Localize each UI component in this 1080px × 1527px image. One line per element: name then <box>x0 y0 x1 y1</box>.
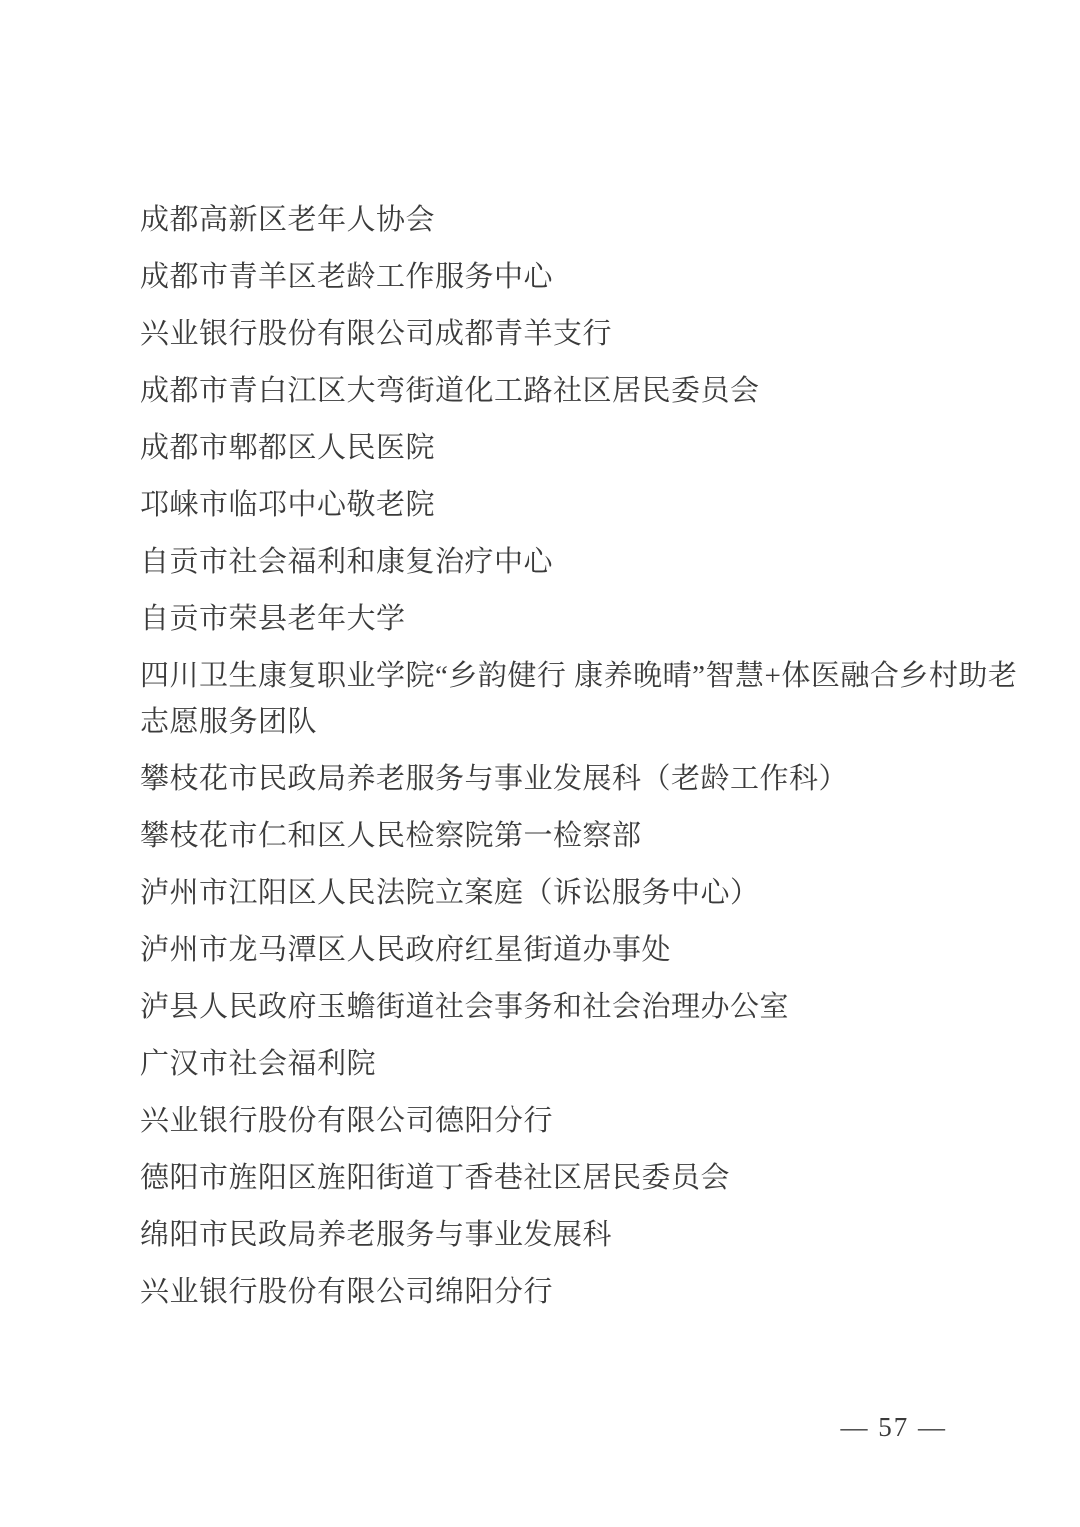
list-item: 成都高新区老年人协会 <box>140 197 1018 243</box>
list-item: 绵阳市民政局养老服务与事业发展科 <box>140 1212 1018 1258</box>
list-item: 成都市青白江区大弯街道化工路社区居民委员会 <box>140 368 1018 414</box>
list-item: 四川卫生康复职业学院“乡韵健行 康养晚晴”智慧+体医融合乡村助老志愿服务团队 <box>140 653 1018 745</box>
list-item: 兴业银行股份有限公司德阳分行 <box>140 1098 1018 1144</box>
list-item: 邛崃市临邛中心敬老院 <box>140 482 1018 528</box>
list-item: 泸州市龙马潭区人民政府红星街道办事处 <box>140 927 1018 973</box>
document-page: 成都高新区老年人协会成都市青羊区老龄工作服务中心兴业银行股份有限公司成都青羊支行… <box>0 0 1080 1527</box>
list-item: 成都市郫都区人民医院 <box>140 425 1018 471</box>
list-item: 成都市青羊区老龄工作服务中心 <box>140 254 1018 300</box>
list-item: 广汉市社会福利院 <box>140 1041 1018 1087</box>
list-item: 泸县人民政府玉蟾街道社会事务和社会治理办公室 <box>140 984 1018 1030</box>
list-item: 攀枝花市民政局养老服务与事业发展科（老龄工作科） <box>140 756 1018 802</box>
list-item: 泸州市江阳区人民法院立案庭（诉讼服务中心） <box>140 870 1018 916</box>
list-item: 兴业银行股份有限公司成都青羊支行 <box>140 311 1018 357</box>
list-item: 兴业银行股份有限公司绵阳分行 <box>140 1269 1018 1315</box>
list-item: 自贡市社会福利和康复治疗中心 <box>140 539 1018 585</box>
list-item: 自贡市荣县老年大学 <box>140 596 1018 642</box>
list-item: 攀枝花市仁和区人民检察院第一检察部 <box>140 813 1018 859</box>
organization-list: 成都高新区老年人协会成都市青羊区老龄工作服务中心兴业银行股份有限公司成都青羊支行… <box>140 197 1018 1326</box>
list-item: 德阳市旌阳区旌阳街道丁香巷社区居民委员会 <box>140 1155 1018 1201</box>
page-number: — 57 — <box>841 1412 948 1443</box>
